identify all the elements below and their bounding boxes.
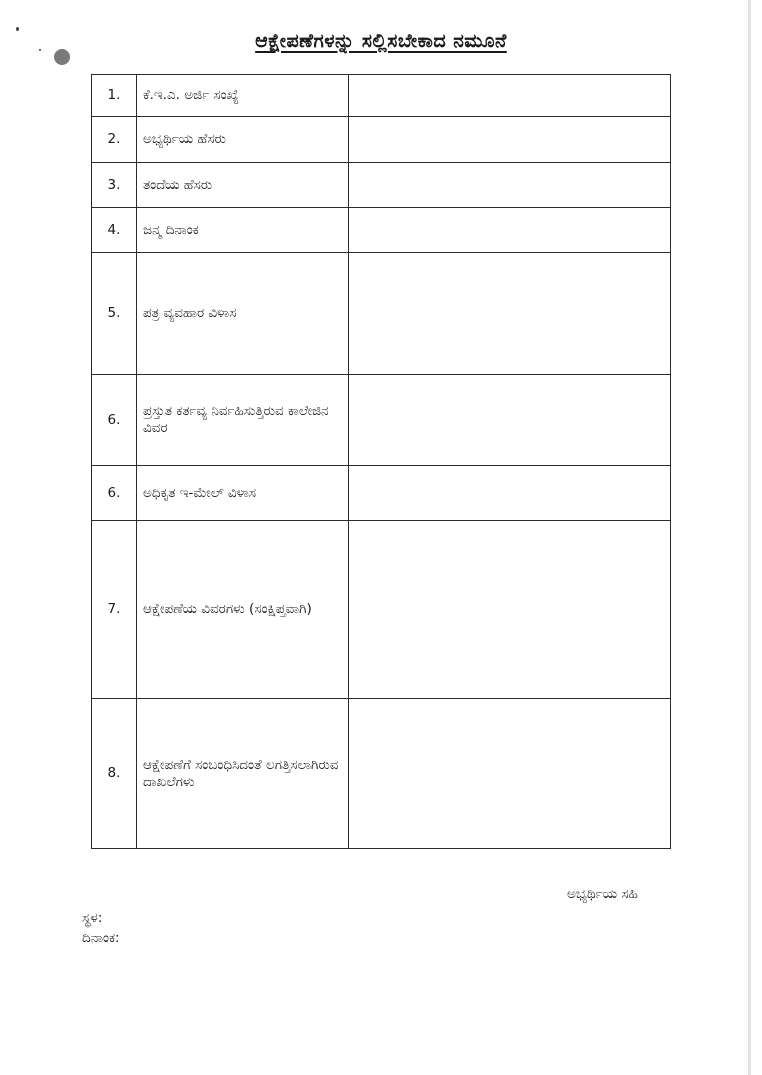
row-number: 6. <box>92 466 137 521</box>
table-row: 1. ಕೆ.ಇ.ಎ. ಅರ್ಜಿ ಸಂಖ್ಯೆ <box>92 75 671 117</box>
kea-application-number-field[interactable] <box>349 75 671 117</box>
table-row: 8. ಆಕ್ಷೇಪಣೆಗೆ ಸಂಬಂಧಿಸಿದಂತೆ ಲಗತ್ತಿಸಲಾಗಿರು… <box>92 699 671 849</box>
row-number: 8. <box>92 699 137 849</box>
row-label: ಜನ್ಮ ದಿನಾಂಕ <box>137 208 349 253</box>
row-number: 3. <box>92 163 137 208</box>
scan-edge-line <box>748 0 751 1075</box>
table-row: 3. ತಂದೆಯ ಹೆಸರು <box>92 163 671 208</box>
row-number: 6. <box>92 375 137 466</box>
row-number: 1. <box>92 75 137 117</box>
table-row: 4. ಜನ್ಮ ದಿನಾಂಕ <box>92 208 671 253</box>
row-label: ಅಭ್ಯರ್ಥಿಯ ಹೆಸರು <box>137 117 349 163</box>
table-row: 5. ಪತ್ರ ವ್ಯವಹಾರ ವಿಳಾಸ <box>92 253 671 375</box>
father-name-field[interactable] <box>349 163 671 208</box>
current-college-details-field[interactable] <box>349 375 671 466</box>
row-number: 4. <box>92 208 137 253</box>
objection-details-field[interactable] <box>349 521 671 699</box>
row-label: ಆಕ್ಷೇಪಣೆಯ ವಿವರಗಳು (ಸಂಕ್ಷಿಪ್ತವಾಗಿ) <box>137 521 349 699</box>
candidate-signature-label: ಅಭ್ಯರ್ಥಿಯ ಸಹಿ <box>567 886 638 902</box>
correspondence-address-field[interactable] <box>349 253 671 375</box>
attached-documents-field[interactable] <box>349 699 671 849</box>
row-number: 5. <box>92 253 137 375</box>
table-row: 2. ಅಭ್ಯರ್ಥಿಯ ಹೆಸರು <box>92 117 671 163</box>
table-row: 7. ಆಕ್ಷೇಪಣೆಯ ವಿವರಗಳು (ಸಂಕ್ಷಿಪ್ತವಾಗಿ) <box>92 521 671 699</box>
objection-form-table: 1. ಕೆ.ಇ.ಎ. ಅರ್ಜಿ ಸಂಖ್ಯೆ 2. ಅಭ್ಯರ್ಥಿಯ ಹೆಸ… <box>91 74 671 849</box>
row-number: 7. <box>92 521 137 699</box>
row-label: ತಂದೆಯ ಹೆಸರು <box>137 163 349 208</box>
row-label: ಕೆ.ಇ.ಎ. ಅರ್ಜಿ ಸಂಖ್ಯೆ <box>137 75 349 117</box>
page-title: ಆಕ್ಷೇಪಣೆಗಳನ್ನು ಸಲ್ಲಿಸಬೇಕಾದ ನಮೂನೆ <box>0 30 762 52</box>
date-of-birth-field[interactable] <box>349 208 671 253</box>
place-label: ಸ್ಥಳ: <box>82 910 102 926</box>
row-label: ಆಕ್ಷೇಪಣೆಗೆ ಸಂಬಂಧಿಸಿದಂತೆ ಲಗತ್ತಿಸಲಾಗಿರುವ ದ… <box>137 699 349 849</box>
official-email-field[interactable] <box>349 466 671 521</box>
date-label: ದಿನಾಂಕ: <box>82 930 120 946</box>
candidate-name-field[interactable] <box>349 117 671 163</box>
row-number: 2. <box>92 117 137 163</box>
row-label: ಅಧಿಕೃತ ಇ-ಮೇಲ್ ವಿಳಾಸ <box>137 466 349 521</box>
table-row: 6. ಪ್ರಸ್ತುತ ಕರ್ತವ್ಯ ನಿರ್ವಹಿಸುತ್ತಿರುವ ಕಾಲ… <box>92 375 671 466</box>
row-label: ಪ್ರಸ್ತುತ ಕರ್ತವ್ಯ ನಿರ್ವಹಿಸುತ್ತಿರುವ ಕಾಲೇಜಿ… <box>137 375 349 466</box>
table-row: 6. ಅಧಿಕೃತ ಇ-ಮೇಲ್ ವಿಳಾಸ <box>92 466 671 521</box>
row-label: ಪತ್ರ ವ್ಯವಹಾರ ವಿಳಾಸ <box>137 253 349 375</box>
